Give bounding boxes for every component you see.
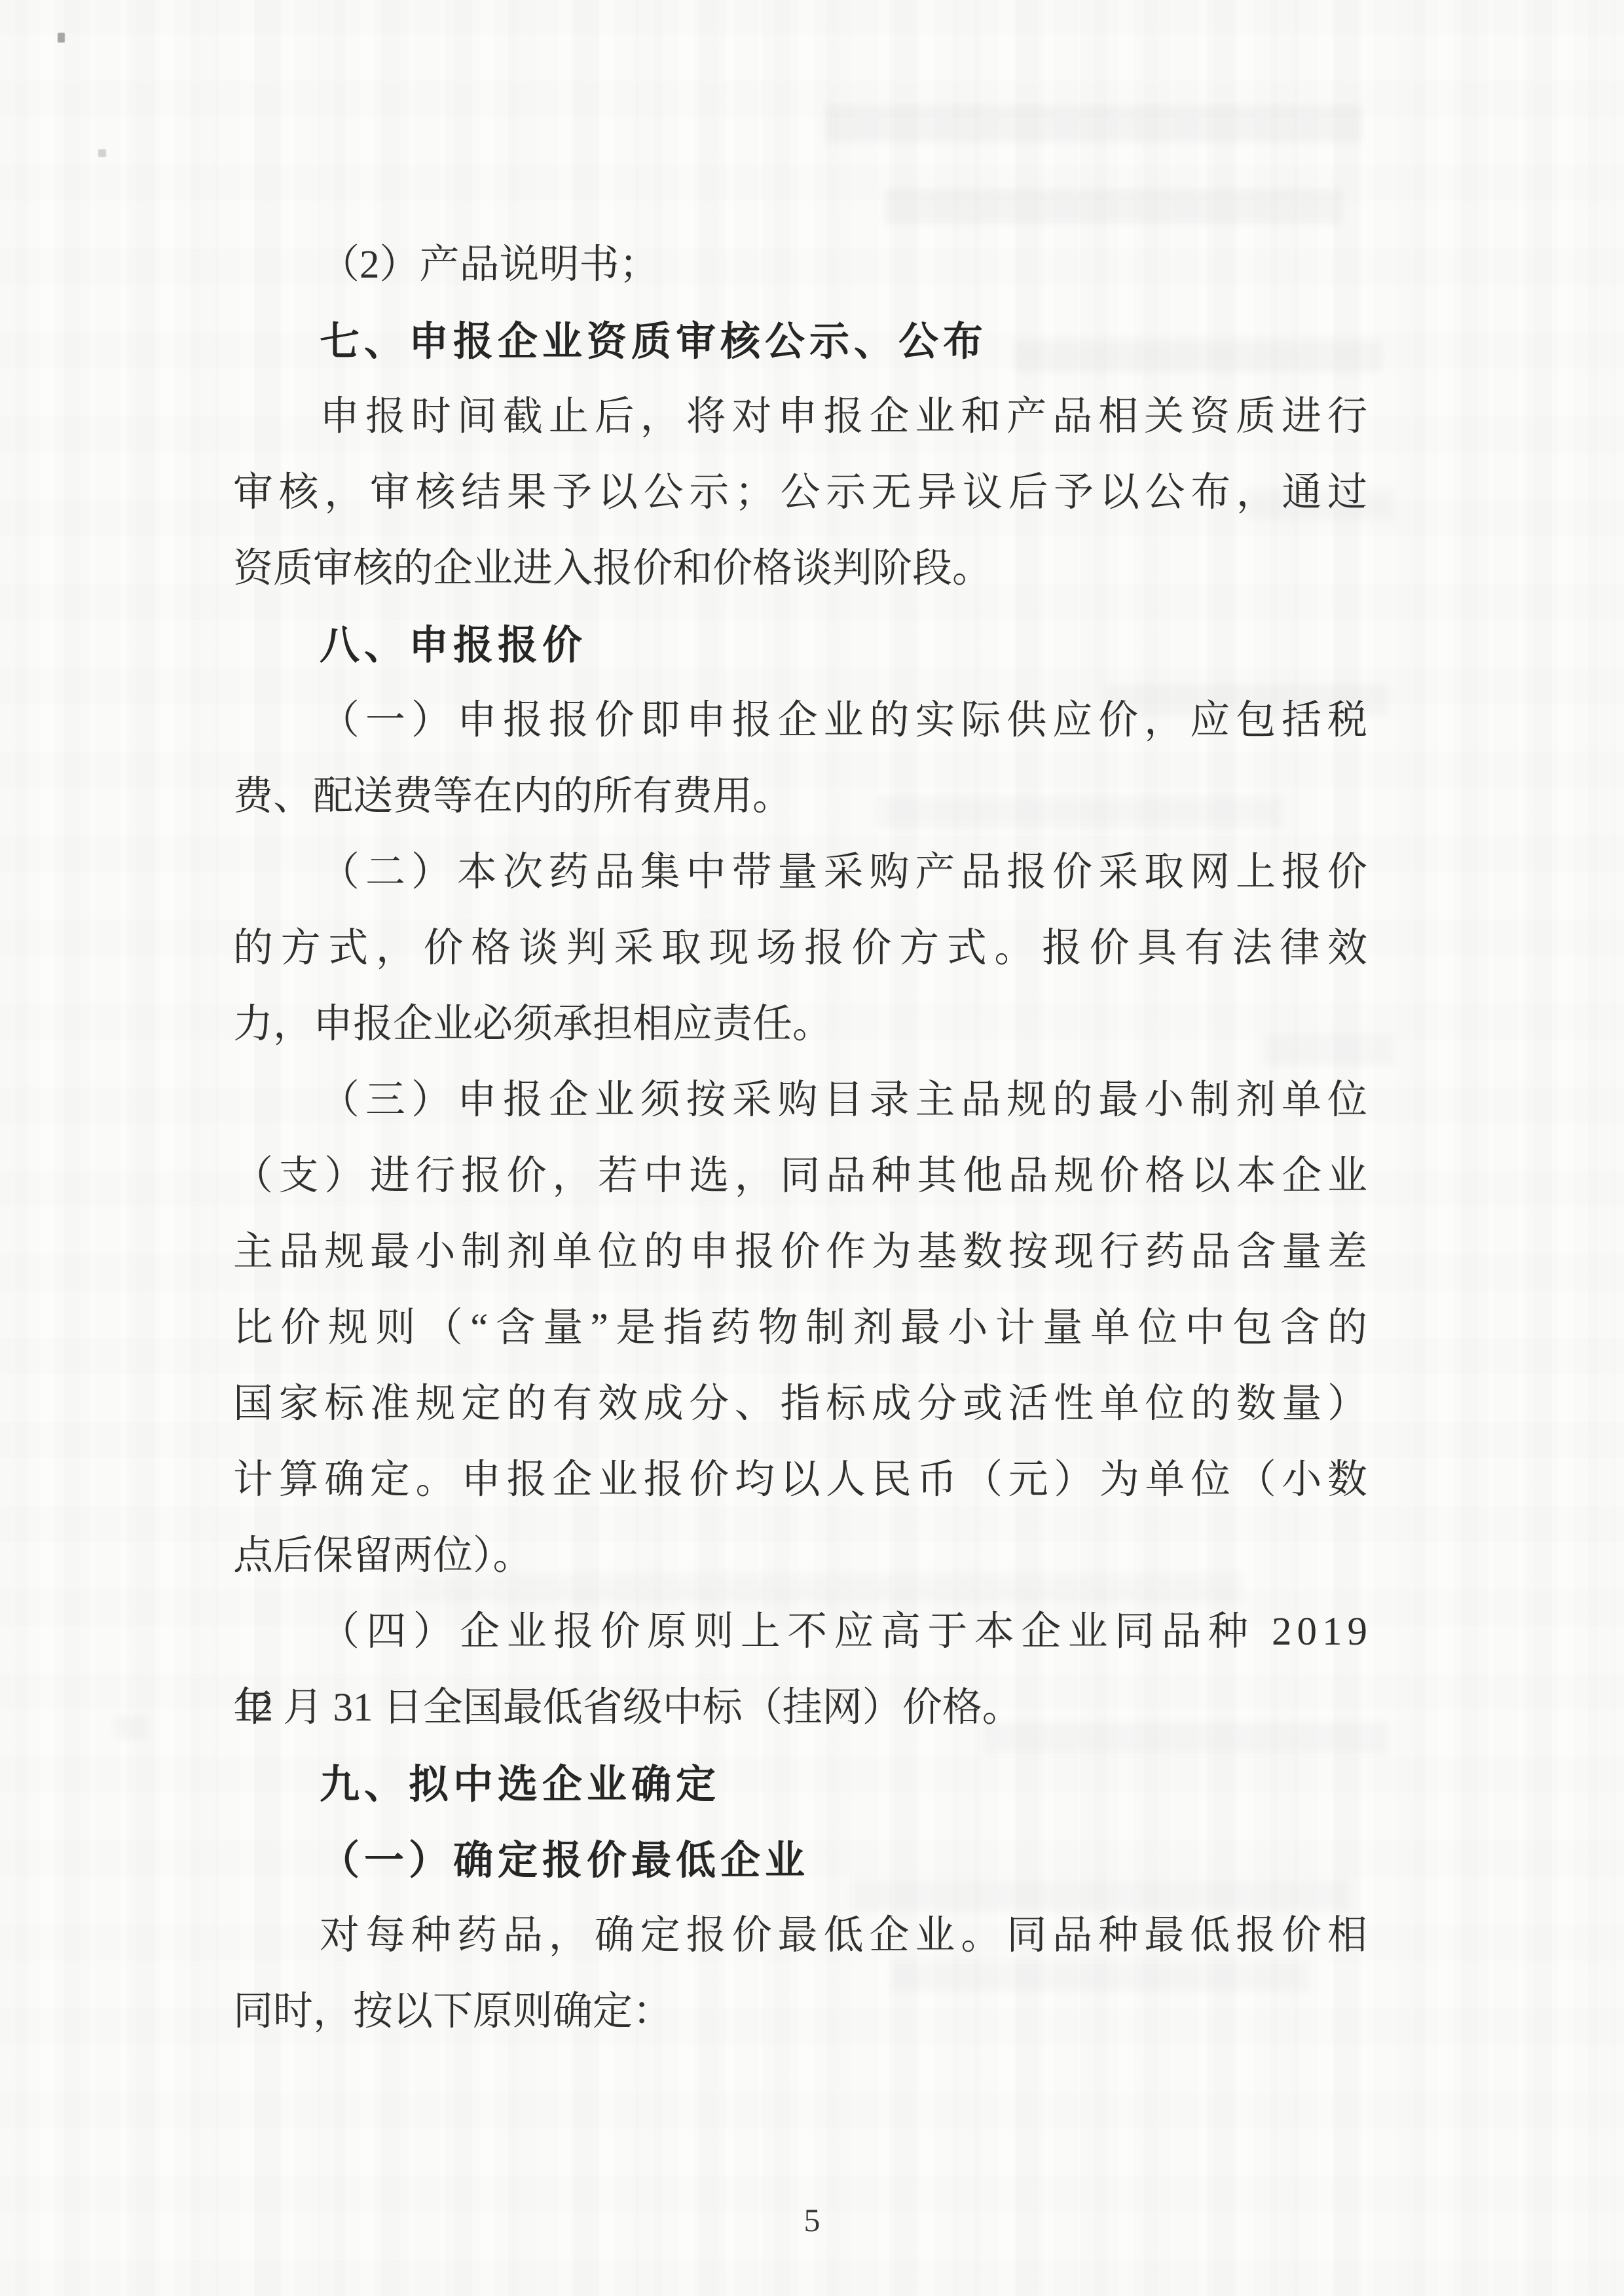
text-line: 的方式，价格谈判采取现场报价方式。报价具有法律效 bbox=[233, 911, 1373, 987]
scan-artifact bbox=[115, 1715, 147, 1739]
scan-speck bbox=[98, 149, 106, 157]
heading-line: 九、拟中选企业确定 bbox=[233, 1746, 1373, 1822]
text-line: 比价规则（“含量”是指药物制剂最小计量单位中包含的 bbox=[233, 1290, 1373, 1366]
text-line: （四）企业报价原则上不应高于本企业同品种 2019 年 bbox=[233, 1594, 1373, 1670]
heading-line: 八、申报报价 bbox=[233, 607, 1373, 683]
text-line: 计算确定。申报企业报价均以人民币（元）为单位（小数 bbox=[233, 1442, 1373, 1518]
scan-speck bbox=[58, 33, 65, 43]
text-line: 申报时间截止后，将对申报企业和产品相关资质进行 bbox=[233, 379, 1373, 455]
scanned-page: { "page": { "number": "5", "colors": { "… bbox=[0, 0, 1624, 2296]
scan-artifact bbox=[825, 105, 1362, 143]
text-line: （二）本次药品集中带量采购产品报价采取网上报价 bbox=[233, 835, 1373, 911]
text-line: 12 月 31 日全国最低省级中标（挂网）价格。 bbox=[233, 1670, 1373, 1746]
heading-line: （一）确定报价最低企业 bbox=[233, 1822, 1373, 1898]
text-line: 国家标准规定的有效成分、指标成分或活性单位的数量） bbox=[233, 1366, 1373, 1442]
text-line: （2）产品说明书； bbox=[233, 227, 1373, 303]
document-body: （2）产品说明书；七、申报企业资质审核公示、公布申报时间截止后，将对申报企业和产… bbox=[233, 227, 1373, 2050]
text-line: （一）申报报价即申报企业的实际供应价，应包括税 bbox=[233, 683, 1373, 759]
text-line: 费、配送费等在内的所有费用。 bbox=[233, 759, 1373, 835]
text-line: 同时，按以下原则确定： bbox=[233, 1974, 1373, 2050]
text-line: （支）进行报价，若中选，同品种其他品规价格以本企业 bbox=[233, 1139, 1373, 1214]
text-line: 点后保留两位）。 bbox=[233, 1518, 1373, 1594]
text-line: 审核，审核结果予以公示；公示无异议后予以公布，通过 bbox=[233, 455, 1373, 531]
scan-artifact bbox=[884, 189, 1342, 225]
text-line: 对每种药品，确定报价最低企业。同品种最低报价相 bbox=[233, 1898, 1373, 1974]
text-line: 力，申报企业必须承担相应责任。 bbox=[233, 987, 1373, 1063]
text-line: （三）申报企业须按采购目录主品规的最小制剂单位 bbox=[233, 1063, 1373, 1139]
text-line: 主品规最小制剂单位的申报价作为基数按现行药品含量差 bbox=[233, 1214, 1373, 1290]
document-lines: （2）产品说明书；七、申报企业资质审核公示、公布申报时间截止后，将对申报企业和产… bbox=[233, 227, 1373, 2050]
page-number: 5 bbox=[0, 2201, 1624, 2239]
text-line: 资质审核的企业进入报价和价格谈判阶段。 bbox=[233, 531, 1373, 607]
heading-line: 七、申报企业资质审核公示、公布 bbox=[233, 303, 1373, 379]
